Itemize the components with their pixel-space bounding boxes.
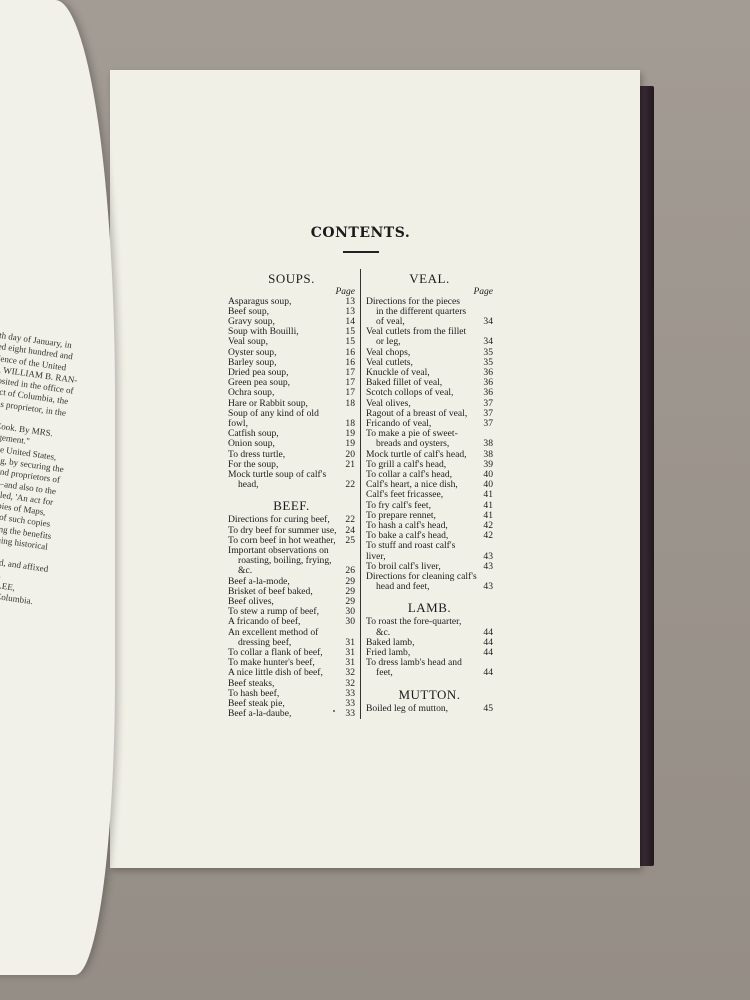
contents-entry: Soup of any kind of old fowl,18 <box>228 409 355 429</box>
entry-title-line: To stuff and roast calf's liver, <box>366 540 455 561</box>
entry-title-continuation: head and feet, <box>366 582 477 592</box>
section-heading: LAMB. <box>366 600 493 615</box>
entry-page-number: 43 <box>477 582 493 592</box>
contents-left-column: SOUPS.PageAsparagus soup,13Beef soup,13G… <box>228 269 359 720</box>
entry-page-number: 44 <box>477 648 493 658</box>
entry-page-number: 42 <box>477 531 493 541</box>
page-mark <box>333 710 335 712</box>
copyright-notice-text: th day of January, ined eight hundred an… <box>0 330 115 615</box>
contents-entry: An excellent method ofdressing beef,31 <box>228 628 355 648</box>
contents-entry: Important observations onroasting, boili… <box>228 546 355 577</box>
entry-title-line: Directions for the pieces <box>366 296 460 307</box>
entry-title: Soup of any kind of old fowl, <box>228 409 339 429</box>
entry-title-line: An excellent method of <box>228 627 318 638</box>
contents-entry: Mock turtle soup of calf'shead,22 <box>228 470 355 490</box>
entry-title: Boiled leg of mutton, <box>366 704 477 714</box>
entry-page-number: 34 <box>477 337 493 347</box>
contents-right-column: VEAL.PageDirections for the piecesin the… <box>362 269 493 720</box>
section-heading: BEEF. <box>228 498 355 513</box>
contents-entry: To roast the fore-quarter,&c.44 <box>366 617 493 637</box>
entry-title: Veal cutlets from the filletor leg, <box>366 327 477 347</box>
entry-title: Beef a-la-daube, <box>228 709 339 719</box>
entry-page-number: 44 <box>477 668 493 678</box>
left-page: th day of January, ined eight hundred an… <box>0 0 115 975</box>
entry-page-number: 37 <box>477 419 493 429</box>
entry-page-number: 36 <box>477 388 493 398</box>
contents-entry: Directions for the piecesin the differen… <box>366 297 493 328</box>
contents-entry: Boiled leg of mutton,45 <box>366 704 493 714</box>
entry-title-line: Soup of any kind of old fowl, <box>228 408 319 429</box>
contents-page: CONTENTS. SOUPS.PageAsparagus soup,13Bee… <box>228 225 493 719</box>
entry-page-number: 30 <box>339 617 355 627</box>
entry-title: An excellent method ofdressing beef, <box>228 628 339 648</box>
contents-columns: SOUPS.PageAsparagus soup,13Beef soup,13G… <box>228 269 493 720</box>
entry-page-number: 15 <box>339 337 355 347</box>
entry-page-number: 43 <box>477 562 493 572</box>
entry-title: To dress lamb's head andfeet, <box>366 658 477 678</box>
section-heading: VEAL. <box>366 271 493 286</box>
entry-title: Directions for the piecesin the differen… <box>366 297 477 328</box>
column-divider <box>360 269 361 720</box>
entry-title-line: Boiled leg of mutton, <box>366 703 448 714</box>
entry-title: Important observations onroasting, boili… <box>228 546 339 577</box>
entry-page-number: 34 <box>477 317 493 327</box>
entry-title-line: Beef a-la-daube, <box>228 708 291 719</box>
entry-page-number: 21 <box>339 460 355 470</box>
contents-entry: To stuff and roast calf's liver,43 <box>366 541 493 561</box>
entry-page-number: 17 <box>339 388 355 398</box>
contents-entry: Beef a-la-daube,33 <box>228 709 355 719</box>
entry-title-continuation: feet, <box>366 668 477 678</box>
entry-title: To make a pie of sweet-breads and oyster… <box>366 429 477 449</box>
entry-title: To stuff and roast calf's liver, <box>366 541 477 561</box>
entry-title-continuation: head, <box>228 480 339 490</box>
entry-page-number: 18 <box>339 399 355 409</box>
section-heading: MUTTON. <box>366 687 493 702</box>
contents-entry: To dress lamb's head andfeet,44 <box>366 658 493 678</box>
entry-page-number: 45 <box>477 704 493 714</box>
entry-page-number: 25 <box>339 536 355 546</box>
contents-entry: Veal cutlets from the filletor leg,34 <box>366 327 493 347</box>
entry-page-number: 22 <box>339 480 355 490</box>
title-rule <box>343 251 379 253</box>
contents-entry: Directions for cleaning calf'shead and f… <box>366 572 493 592</box>
contents-entry: To make a pie of sweet-breads and oyster… <box>366 429 493 449</box>
entry-page-number: 33 <box>339 709 355 719</box>
entry-title-line: To roast the fore-quarter, <box>366 616 461 627</box>
entry-title: Directions for cleaning calf'shead and f… <box>366 572 477 592</box>
section-heading: SOUPS. <box>228 271 355 286</box>
entry-title: Mock turtle soup of calf'shead, <box>228 470 339 490</box>
page-title: CONTENTS. <box>228 225 493 241</box>
entry-title: To roast the fore-quarter,&c. <box>366 617 477 637</box>
